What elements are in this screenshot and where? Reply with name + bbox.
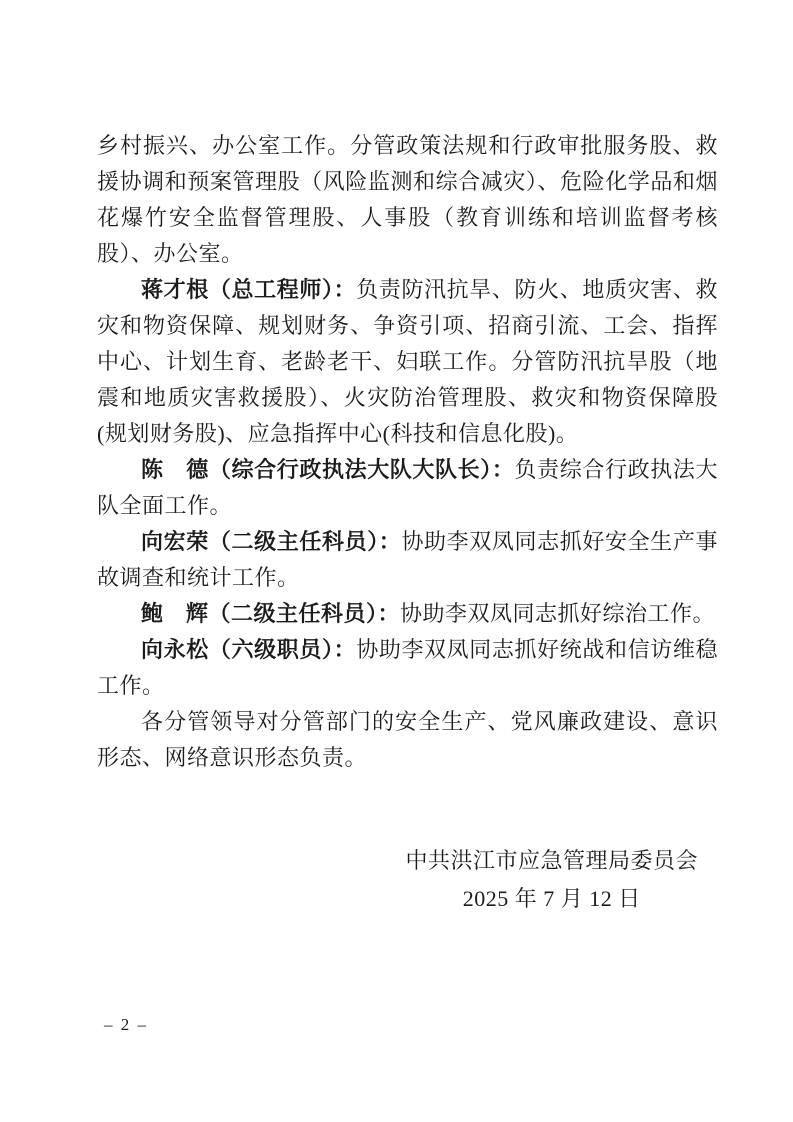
paragraph-text: 负责防汛抗旱、防火、地质灾害、救灾和物资保障、规划财务、争资引项、招商引流、工会… [97, 277, 718, 446]
paragraph-chen-de: 陈 德（综合行政执法大队大队长）：负责综合行政执法大队全面工作。 [97, 452, 718, 524]
document-body: 乡村振兴、办公室工作。分管政策法规和行政审批服务股、救援协调和预案管理股（风险监… [97, 128, 718, 776]
paragraph-xiang-yongsong: 向永松（六级职员）：协助李双凤同志抓好统战和信访维稳工作。 [97, 632, 718, 704]
person-title-lead: 向永松（六级职员）： [141, 637, 356, 662]
paragraph-jiang-caigen: 蒋才根（总工程师）：负责防汛抗旱、防火、地质灾害、救灾和物资保障、规划财务、争资… [97, 272, 718, 452]
person-title-lead: 蒋才根（总工程师）： [141, 277, 356, 302]
paragraph-text: 协助李双凤同志抓好综治工作。 [400, 601, 715, 626]
person-title-lead: 向宏荣（二级主任科员）： [141, 529, 401, 554]
document-page: 乡村振兴、办公室工作。分管政策法规和行政审批服务股、救援协调和预案管理股（风险监… [0, 0, 793, 1122]
paragraph-bao-hui: 鲍 辉（二级主任科员）：协助李双凤同志抓好综治工作。 [97, 596, 718, 632]
signature-date: 2025 年 7 月 12 日 [405, 881, 698, 917]
paragraph-text: 各分管领导对分管部门的安全生产、党风廉政建设、意识形态、网络意识形态负责。 [97, 709, 718, 770]
paragraph-general-responsibility: 各分管领导对分管部门的安全生产、党风廉政建设、意识形态、网络意识形态负责。 [97, 704, 718, 776]
paragraph-xiang-hongrong: 向宏荣（二级主任科员）：协助李双凤同志抓好安全生产事故调查和统计工作。 [97, 524, 718, 596]
paragraph-duty-continuation: 乡村振兴、办公室工作。分管政策法规和行政审批服务股、救援协调和预案管理股（风险监… [97, 128, 718, 272]
page-number: – 2 – [104, 1014, 148, 1036]
person-title-lead: 鲍 辉（二级主任科员）： [141, 601, 400, 626]
paragraph-text: 乡村振兴、办公室工作。分管政策法规和行政审批服务股、救援协调和预案管理股（风险监… [97, 133, 718, 266]
signature-block: 中共洪江市应急管理局委员会 2025 年 7 月 12 日 [405, 843, 698, 917]
person-title-lead: 陈 德（综合行政执法大队大队长）： [141, 457, 515, 482]
signature-org: 中共洪江市应急管理局委员会 [405, 843, 698, 879]
